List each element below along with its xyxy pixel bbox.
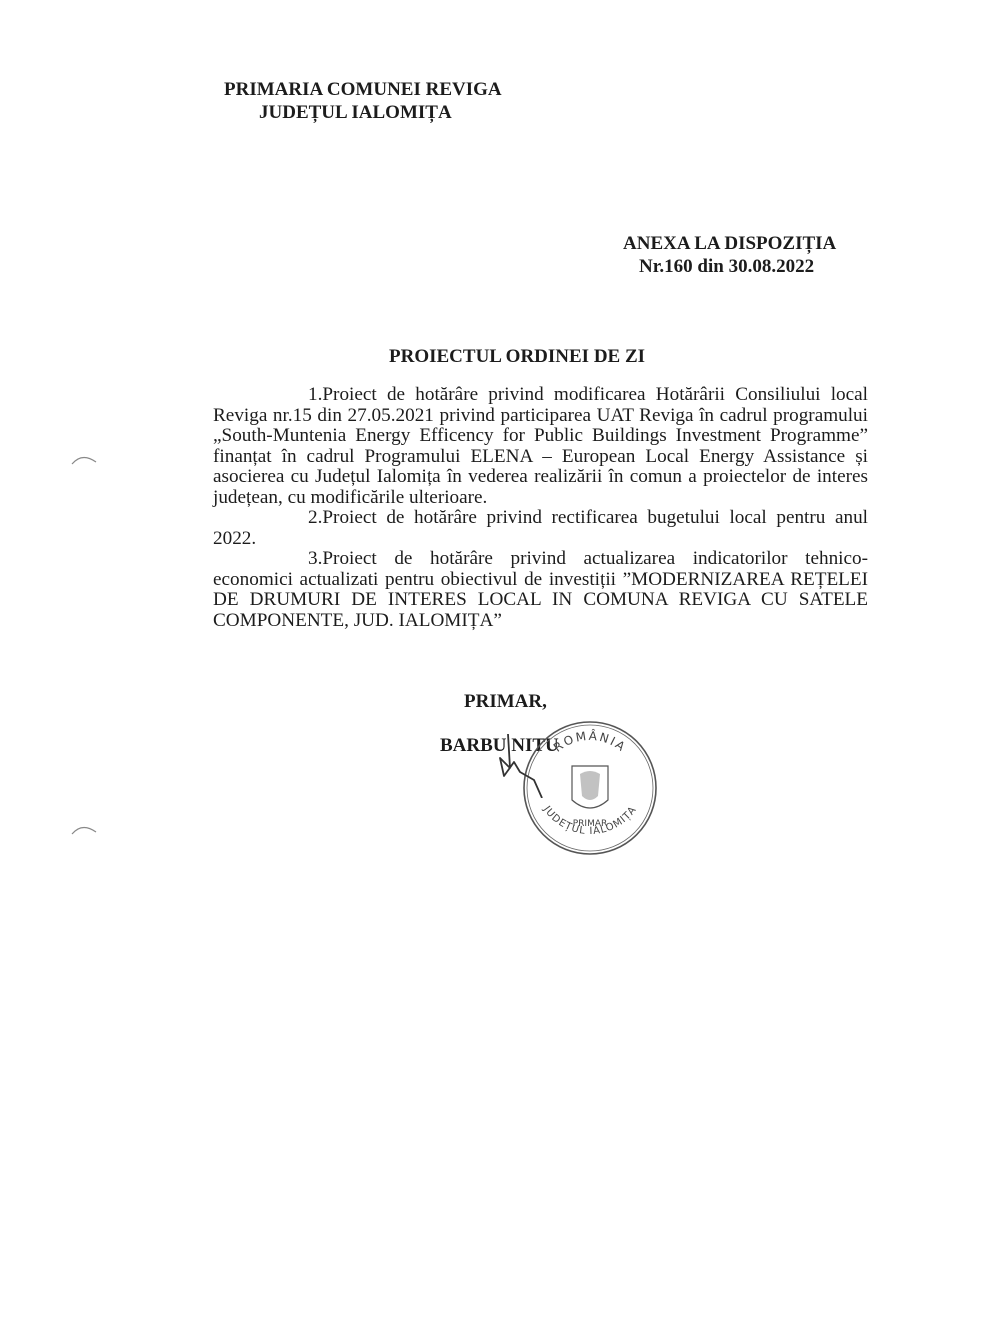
annex-reference: ANEXA LA DISPOZIȚIA Nr.160 din 30.08.202… bbox=[623, 232, 836, 278]
annex-number-date: Nr.160 din 30.08.2022 bbox=[623, 255, 836, 278]
svg-text:PRIMAR: PRIMAR bbox=[573, 819, 608, 829]
punch-hole-mark-icon bbox=[70, 822, 98, 836]
issuer-name: PRIMARIA COMUNEI REVIGA bbox=[224, 78, 502, 101]
agenda-item: 2.Proiect de hotărâre privind rectificar… bbox=[213, 508, 868, 549]
agenda-title: PROIECTUL ORDINEI DE ZI bbox=[389, 346, 645, 368]
agenda-list: 1.Proiect de hotărâre privind modificare… bbox=[213, 385, 868, 631]
annex-title: ANEXA LA DISPOZIȚIA bbox=[623, 232, 836, 255]
issuer-header: PRIMARIA COMUNEI REVIGA JUDEȚUL IALOMIȚA bbox=[224, 78, 502, 124]
agenda-item: 1.Proiect de hotărâre privind modificare… bbox=[213, 385, 868, 508]
issuer-county: JUDEȚUL IALOMIȚA bbox=[224, 101, 502, 124]
agenda-item: 3.Proiect de hotărâre privind actualizar… bbox=[213, 549, 868, 631]
svg-text:ROMÂNIA: ROMÂNIA bbox=[551, 728, 629, 755]
signatory-role: PRIMAR, bbox=[464, 691, 547, 713]
handwritten-signature-icon bbox=[490, 728, 560, 798]
punch-hole-mark-icon bbox=[70, 452, 98, 466]
